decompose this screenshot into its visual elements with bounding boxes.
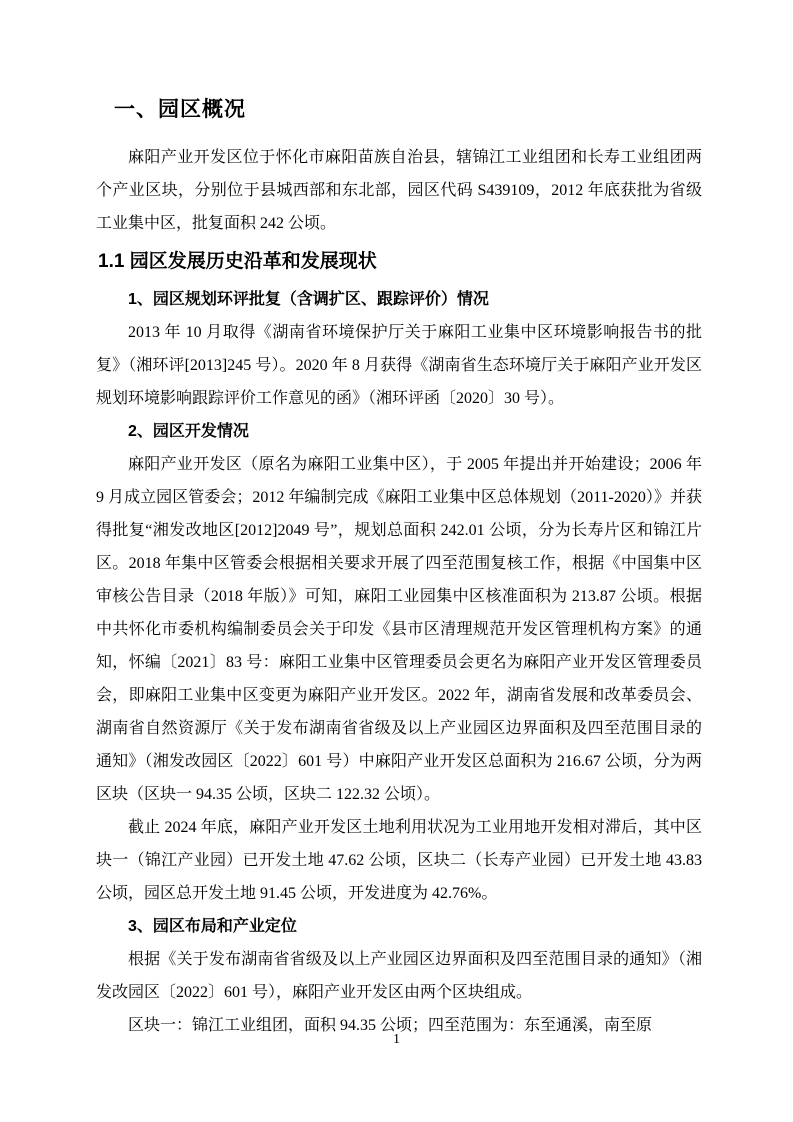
document-page: 一、园区概况 麻阳产业开发区位于怀化市麻阳苗族自治县，辖锦江工业组团和长寿工业组… <box>0 0 793 1122</box>
paragraph-two-blocks: 根据《关于发布湖南省省级及以上产业园区边界面积及四至范围目录的通知》（湘发改园区… <box>96 943 702 1009</box>
chapter-heading: 一、园区概况 <box>114 95 702 125</box>
subsection-heading-development-status: 2、园区开发情况 <box>96 415 702 448</box>
page-number: 1 <box>0 1032 793 1048</box>
subsection-heading-layout-industry: 3、园区布局和产业定位 <box>96 910 702 943</box>
paragraph-development-history: 麻阳产业开发区（原名为麻阳工业集中区），于 2005 年提出并开始建设；2006… <box>96 448 702 811</box>
subsection-heading-planning-approval: 1、园区规划环评批复（含调扩区、跟踪评价）情况 <box>96 283 702 316</box>
intro-paragraph: 麻阳产业开发区位于怀化市麻阳苗族自治县，辖锦江工业组团和长寿工业组团两个产业区块… <box>96 141 702 240</box>
section-heading: 1.1 园区发展历史沿革和发展现状 <box>98 247 702 277</box>
paragraph-land-use: 截止 2024 年底，麻阳产业开发区土地利用状况为工业用地开发相对滞后，其中区块… <box>96 811 702 910</box>
paragraph-planning-approval: 2013 年 10 月取得《湖南省环境保护厅关于麻阳工业集中区环境影响报告书的批… <box>96 316 702 415</box>
page-content: 一、园区概况 麻阳产业开发区位于怀化市麻阳苗族自治县，辖锦江工业组团和长寿工业组… <box>96 95 702 1042</box>
